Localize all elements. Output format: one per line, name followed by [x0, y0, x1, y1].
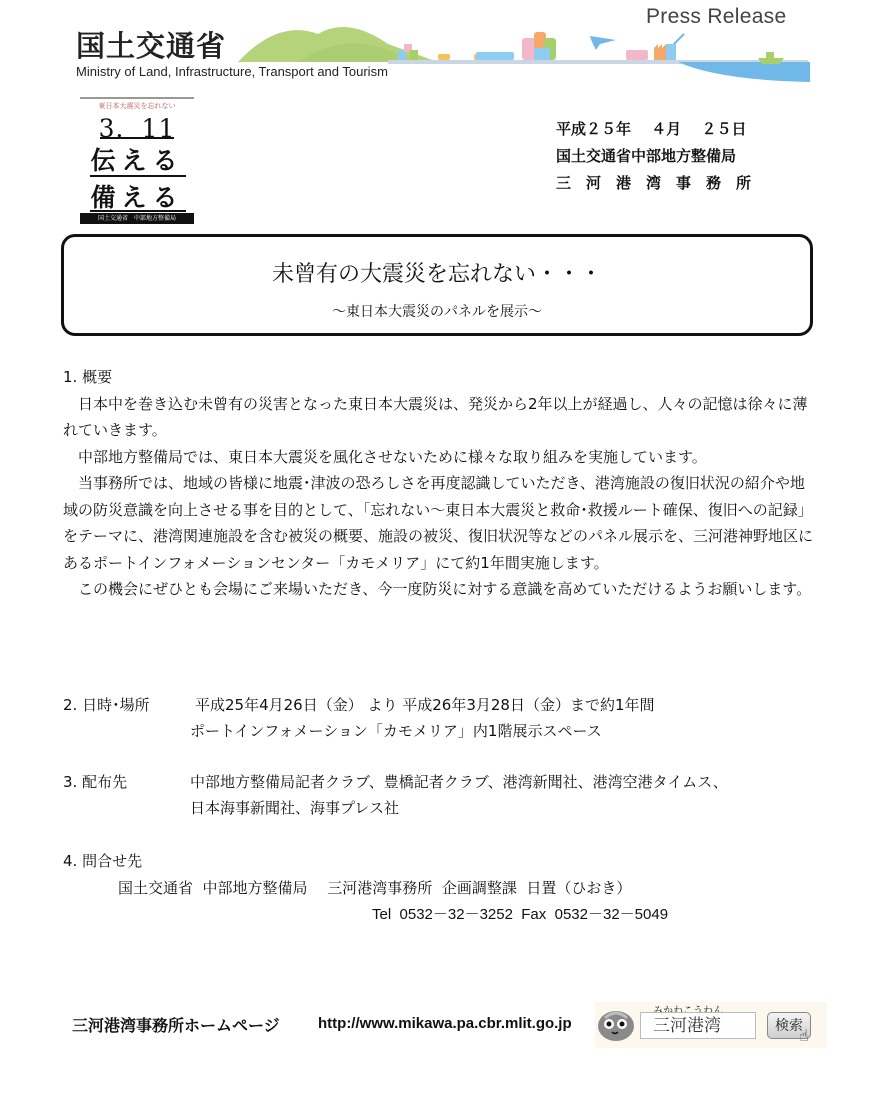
homepage-label: 三河港湾事務所ホームページ: [72, 1013, 280, 1036]
section-heading: 4. 問合せ先: [63, 848, 142, 874]
page-subtitle: ～東日本大震災のパネルを展示～: [64, 301, 810, 321]
issuer-block: 平成２５年 ４月 ２５日 国土交通省中部地方整備局 三 河 港 湾 事 務 所: [556, 116, 751, 197]
logo-line-1: 伝える: [78, 141, 196, 177]
section-heading: 3. 配布先: [63, 769, 127, 795]
mascot-icon: [597, 1008, 635, 1042]
section-overview: 1. 概要 日本中を巻き込む未曾有の災害となった東日本大震災は、発災から2年以上…: [63, 364, 813, 603]
pointer-hand-icon: ☝: [799, 1026, 809, 1045]
city-banner-illustration: [238, 14, 810, 82]
event-period: 平成25年4月26日（金） より 平成26年3月28日（金）まで約1年間: [195, 692, 655, 718]
divider: [90, 175, 186, 177]
issuer-org: 国土交通省中部地方整備局: [556, 143, 751, 170]
homepage-link[interactable]: http://www.mikawa.pa.cbr.mlit.go.jp: [318, 1015, 572, 1032]
section-heading: 1. 概要: [63, 364, 813, 391]
paragraph: 中部地方整備局では、東日本大震災を風化させないために様々な取り組みを実施していま…: [63, 444, 813, 471]
logo-line-2: 備える: [78, 178, 196, 214]
divider: [80, 97, 194, 99]
logo-number: 3．11: [78, 109, 196, 145]
search-input[interactable]: 三河港湾: [640, 1012, 756, 1039]
contact-phone: Tel 0532－32－3252 Fax 0532－32－5049: [372, 902, 668, 928]
page-title: 未曾有の大震災を忘れない・・・: [64, 257, 810, 288]
section-heading: 2. 日時･場所: [63, 692, 150, 718]
distribution-list: 日本海事新聞社、海事プレス社: [190, 795, 399, 821]
paragraph: 当事務所では、地域の皆様に地震･津波の恐ろしさを再度認識していただき、港湾施設の…: [63, 470, 813, 576]
divider: [90, 210, 186, 212]
ministry-name-jp: 国土交通省: [76, 24, 226, 65]
divider: [100, 137, 174, 139]
title-box: 未曾有の大震災を忘れない・・・ ～東日本大震災のパネルを展示～: [61, 234, 813, 336]
contact-person: 国土交通省 中部地方整備局 三河港湾事務所 企画調整課 日置（ひおき）: [118, 875, 631, 901]
issuer-office: 三 河 港 湾 事 務 所: [556, 170, 751, 197]
paragraph: 日本中を巻き込む未曾有の災害となった東日本大震災は、発災から2年以上が経過し、人…: [63, 391, 813, 444]
release-date: 平成２５年 ４月 ２５日: [556, 116, 751, 143]
distribution-list: 中部地方整備局記者クラブ、豊橋記者クラブ、港湾新聞社、港湾空港タイムス、: [190, 769, 728, 795]
search-widget: みかわこうわん 三河港湾 検索 ☝: [595, 1002, 827, 1048]
311-remember-logo: 東日本大震災を忘れない 3．11 伝える 備える 国土交通省 中部地方整備局: [78, 97, 196, 225]
paragraph: この機会にぜひとも会場にご来場いただき、今一度防災に対する意識を高めていただける…: [63, 576, 813, 603]
event-location: ポートインフォメーション「カモメリア」内1階展示スペース: [190, 718, 602, 744]
logo-footer: 国土交通省 中部地方整備局: [80, 213, 194, 224]
